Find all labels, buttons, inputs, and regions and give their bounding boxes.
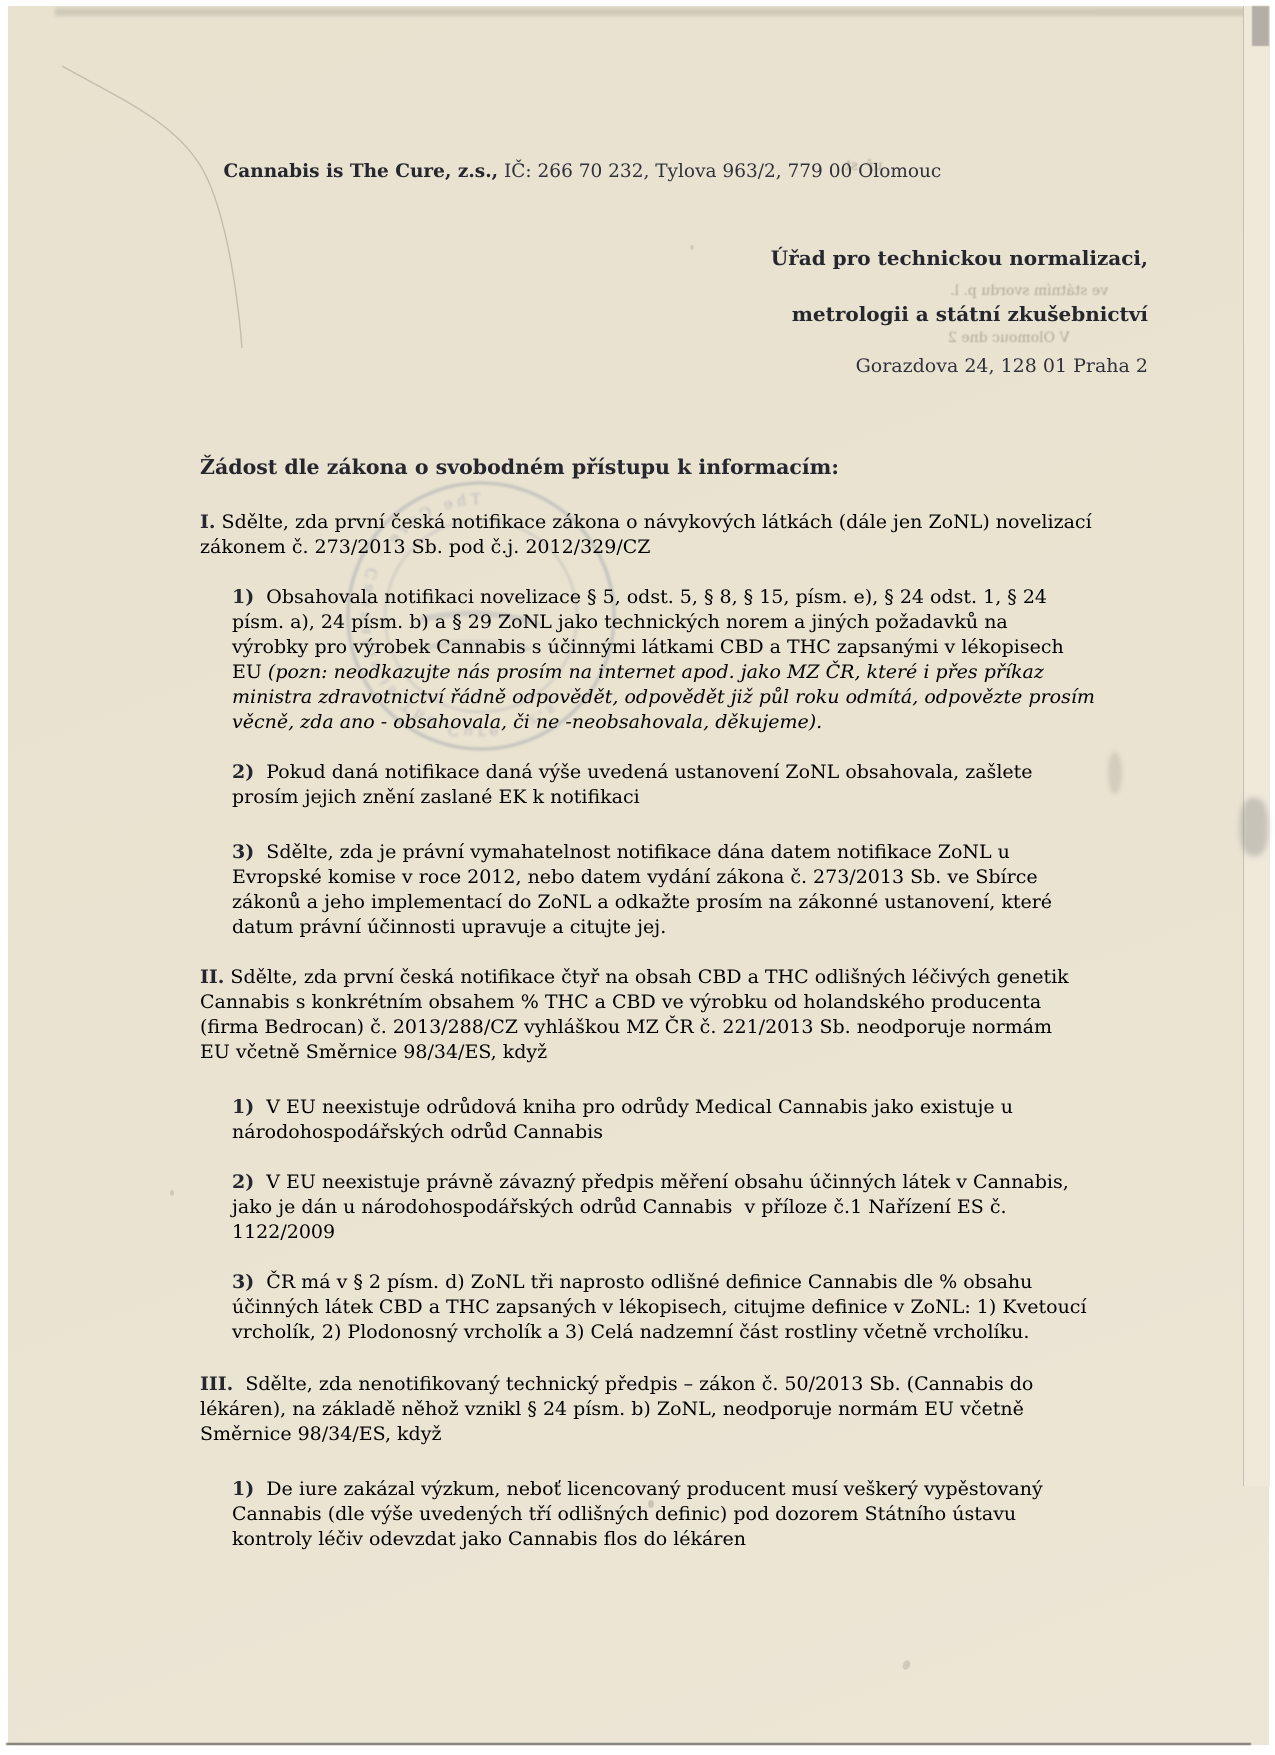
text-segment: 2)	[232, 761, 254, 783]
scanned-letter-page: The Cure · Cannabis is The Cure · z.s. ·…	[0, 0, 1275, 1755]
item-i-3-line: 3) Sdělte, zda je právní vymahatelnost n…	[232, 840, 1052, 865]
bleedthrough-text: ve státním svordu p. l.	[950, 283, 1108, 299]
item-i-2-line: prosím jejich znění zaslané EK k notifik…	[232, 785, 1033, 810]
text-segment: Sdělte, zda nenotifikovaný technický pře…	[233, 1373, 1033, 1395]
item-i-1-line: ministra zdravotnictví řádně odpovědět, …	[232, 685, 1095, 710]
text-segment: výrobky pro výrobek Cannabis s účinnými …	[232, 636, 1064, 658]
item-iii-1-line: 1) De iure zakázal výzkum, neboť licenco…	[232, 1477, 1043, 1502]
text-segment: jako je dán u národohospodářských odrůd …	[232, 1196, 1007, 1218]
item-i-3-line: zákonů a jeho implementací do ZoNL a odk…	[232, 890, 1052, 915]
item-ii-1: 1) V EU neexistuje odrůdová kniha pro od…	[232, 1095, 1013, 1145]
text-segment: věcně, zda ano - obsahovala, či ne -neob…	[232, 711, 822, 733]
text-segment: ČR má v § 2 písm. d) ZoNL tři naprosto o…	[254, 1271, 1032, 1293]
item-ii-3-line: vrcholík, 2) Plodonosný vrcholík a 3) Ce…	[232, 1320, 1087, 1345]
text-segment: 2)	[232, 1171, 254, 1193]
text-segment: vrcholík, 2) Plodonosný vrcholík a 3) Ce…	[232, 1321, 1029, 1343]
section-iii-paragraph-line: lékáren), na základě něhož vznikl § 24 p…	[200, 1397, 1033, 1422]
text-segment: účinných látek CBD a THC zapsaných v lék…	[232, 1296, 1087, 1318]
section-ii-paragraph-line: (firma Bedrocan) č. 2013/288/CZ vyhláško…	[200, 1015, 1069, 1040]
text-segment: Obsahovala notifikaci novelizace § 5, od…	[254, 586, 1047, 608]
item-i-1-line: EU (pozn: neodkazujte nás prosím na inte…	[232, 660, 1095, 685]
dust-speck	[170, 1190, 174, 1196]
text-segment: lékáren), na základě něhož vznikl § 24 p…	[200, 1398, 1024, 1420]
text-segment: Pokud daná notifikace daná výše uvedená …	[254, 761, 1032, 783]
item-i-3-line: datum právní účinnosti upravuje a citujt…	[232, 915, 1052, 940]
section-ii-paragraph-line: EU včetně Směrnice 98/34/ES, když	[200, 1040, 1069, 1065]
item-iii-1-line: kontroly léčiv odevzdat jako Cannabis fl…	[232, 1527, 1043, 1552]
item-i-1-line: věcně, zda ano - obsahovala, či ne -neob…	[232, 710, 1095, 735]
section-iii-paragraph: III. Sdělte, zda nenotifikovaný technick…	[200, 1372, 1033, 1447]
section-ii-paragraph: II. Sdělte, zda první česká notifikace č…	[200, 965, 1069, 1065]
section-i-paragraph-line: I. Sdělte, zda první česká notifikace zá…	[200, 510, 1092, 535]
text-segment: 1)	[232, 1478, 254, 1500]
section-i-paragraph: I. Sdělte, zda první česká notifikace zá…	[200, 510, 1092, 560]
section-i-paragraph-line: zákonem č. 273/2013 Sb. pod č.j. 2012/32…	[200, 535, 1092, 560]
item-ii-1-line: národohospodářských odrůd Cannabis	[232, 1120, 1013, 1145]
sender-details: IČ: 266 70 232, Tylova 963/2, 779 00 Olo…	[498, 161, 941, 182]
text-segment: EU včetně Směrnice 98/34/ES, když	[200, 1041, 547, 1063]
text-segment: Cannabis (dle výše uvedených tří odlišný…	[232, 1503, 1016, 1525]
bleedthrough-text: V Olomouc dne 2	[948, 330, 1070, 346]
section-iii-paragraph-line: III. Sdělte, zda nenotifikovaný technick…	[200, 1372, 1033, 1397]
text-segment: Sdělte, zda je právní vymahatelnost noti…	[254, 841, 1010, 863]
section-iii-paragraph-line: Směrnice 98/34/ES, když	[200, 1422, 1033, 1447]
section-ii-paragraph-line: II. Sdělte, zda první česká notifikace č…	[200, 965, 1069, 990]
recipient-office-line1: Úřad pro technickou normalizaci,	[771, 246, 1148, 270]
item-iii-1-line: Cannabis (dle výše uvedených tří odlišný…	[232, 1502, 1043, 1527]
text-segment: 1122/2009	[232, 1221, 335, 1243]
text-segment: Evropské komise v roce 2012, nebo datem …	[232, 866, 1038, 888]
sender-name: Cannabis is The Cure, z.s.,	[224, 161, 499, 182]
item-i-1: 1) Obsahovala notifikaci novelizace § 5,…	[232, 585, 1095, 735]
item-ii-2: 2) V EU neexistuje právně závazný předpi…	[232, 1170, 1069, 1245]
text-segment: Sdělte, zda první česká notifikace čtyř …	[224, 966, 1068, 988]
sender-line: Cannabis is The Cure, z.s., IČ: 266 70 2…	[200, 140, 941, 203]
item-ii-2-line: 1122/2009	[232, 1220, 1069, 1245]
dust-speck	[690, 245, 694, 250]
text-segment: zákonem č. 273/2013 Sb. pod č.j. 2012/32…	[200, 536, 650, 558]
text-segment: (pozn: neodkazujte nás prosím na interne…	[268, 661, 1044, 683]
item-i-3: 3) Sdělte, zda je právní vymahatelnost n…	[232, 840, 1052, 940]
text-segment: 1)	[232, 1096, 254, 1118]
text-segment: II.	[200, 966, 224, 988]
item-ii-2-line: jako je dán u národohospodářských odrůd …	[232, 1195, 1069, 1220]
item-i-1-line: písm. a), 24 písm. b) a § 29 ZoNL jako t…	[232, 610, 1095, 635]
text-segment: prosím jejich znění zaslané EK k notifik…	[232, 786, 640, 808]
text-segment: III.	[200, 1373, 233, 1395]
recipient-office-line2: metrologii a státní zkušebnictví	[792, 302, 1148, 326]
text-segment: (firma Bedrocan) č. 2013/288/CZ vyhláško…	[200, 1016, 1052, 1038]
item-i-2: 2) Pokud daná notifikace daná výše uvede…	[232, 760, 1033, 810]
text-segment: Směrnice 98/34/ES, když	[200, 1423, 441, 1445]
item-iii-1: 1) De iure zakázal výzkum, neboť licenco…	[232, 1477, 1043, 1552]
text-segment: EU	[232, 661, 268, 683]
item-ii-1-line: 1) V EU neexistuje odrůdová kniha pro od…	[232, 1095, 1013, 1120]
recipient-address: Gorazdova 24, 128 01 Praha 2	[856, 355, 1148, 377]
item-i-1-line: výrobky pro výrobek Cannabis s účinnými …	[232, 635, 1095, 660]
text-segment: písm. a), 24 písm. b) a § 29 ZoNL jako t…	[232, 611, 1008, 633]
text-segment: V EU neexistuje odrůdová kniha pro odrůd…	[254, 1096, 1013, 1118]
item-ii-3-line: 3) ČR má v § 2 písm. d) ZoNL tři naprost…	[232, 1270, 1087, 1295]
text-segment: národohospodářských odrůd Cannabis	[232, 1121, 603, 1143]
text-segment: I.	[200, 511, 216, 533]
section-ii-paragraph-line: Cannabis s konkrétním obsahem % THC a CB…	[200, 990, 1069, 1015]
text-segment: kontroly léčiv odevzdat jako Cannabis fl…	[232, 1528, 746, 1550]
item-ii-2-line: 2) V EU neexistuje právně závazný předpi…	[232, 1170, 1069, 1195]
text-segment: 3)	[232, 1271, 254, 1293]
text-segment: Sdělte, zda první česká notifikace zákon…	[216, 511, 1092, 533]
document-heading: Žádost dle zákona o svobodném přístupu k…	[200, 455, 839, 479]
text-segment: 1)	[232, 586, 254, 608]
text-segment: Cannabis s konkrétním obsahem % THC a CB…	[200, 991, 1041, 1013]
item-i-1-line: 1) Obsahovala notifikaci novelizace § 5,…	[232, 585, 1095, 610]
text-segment: 3)	[232, 841, 254, 863]
text-segment: V EU neexistuje právně závazný předpis m…	[254, 1171, 1069, 1193]
item-i-3-line: Evropské komise v roce 2012, nebo datem …	[232, 865, 1052, 890]
text-segment: zákonů a jeho implementací do ZoNL a odk…	[232, 891, 1052, 913]
item-ii-3: 3) ČR má v § 2 písm. d) ZoNL tři naprost…	[232, 1270, 1087, 1345]
item-i-2-line: 2) Pokud daná notifikace daná výše uvede…	[232, 760, 1033, 785]
text-segment: ministra zdravotnictví řádně odpovědět, …	[232, 686, 1095, 708]
text-segment: De iure zakázal výzkum, neboť licencovan…	[254, 1478, 1043, 1500]
text-segment: datum právní účinnosti upravuje a citujt…	[232, 916, 666, 938]
item-ii-3-line: účinných látek CBD a THC zapsaných v lék…	[232, 1295, 1087, 1320]
